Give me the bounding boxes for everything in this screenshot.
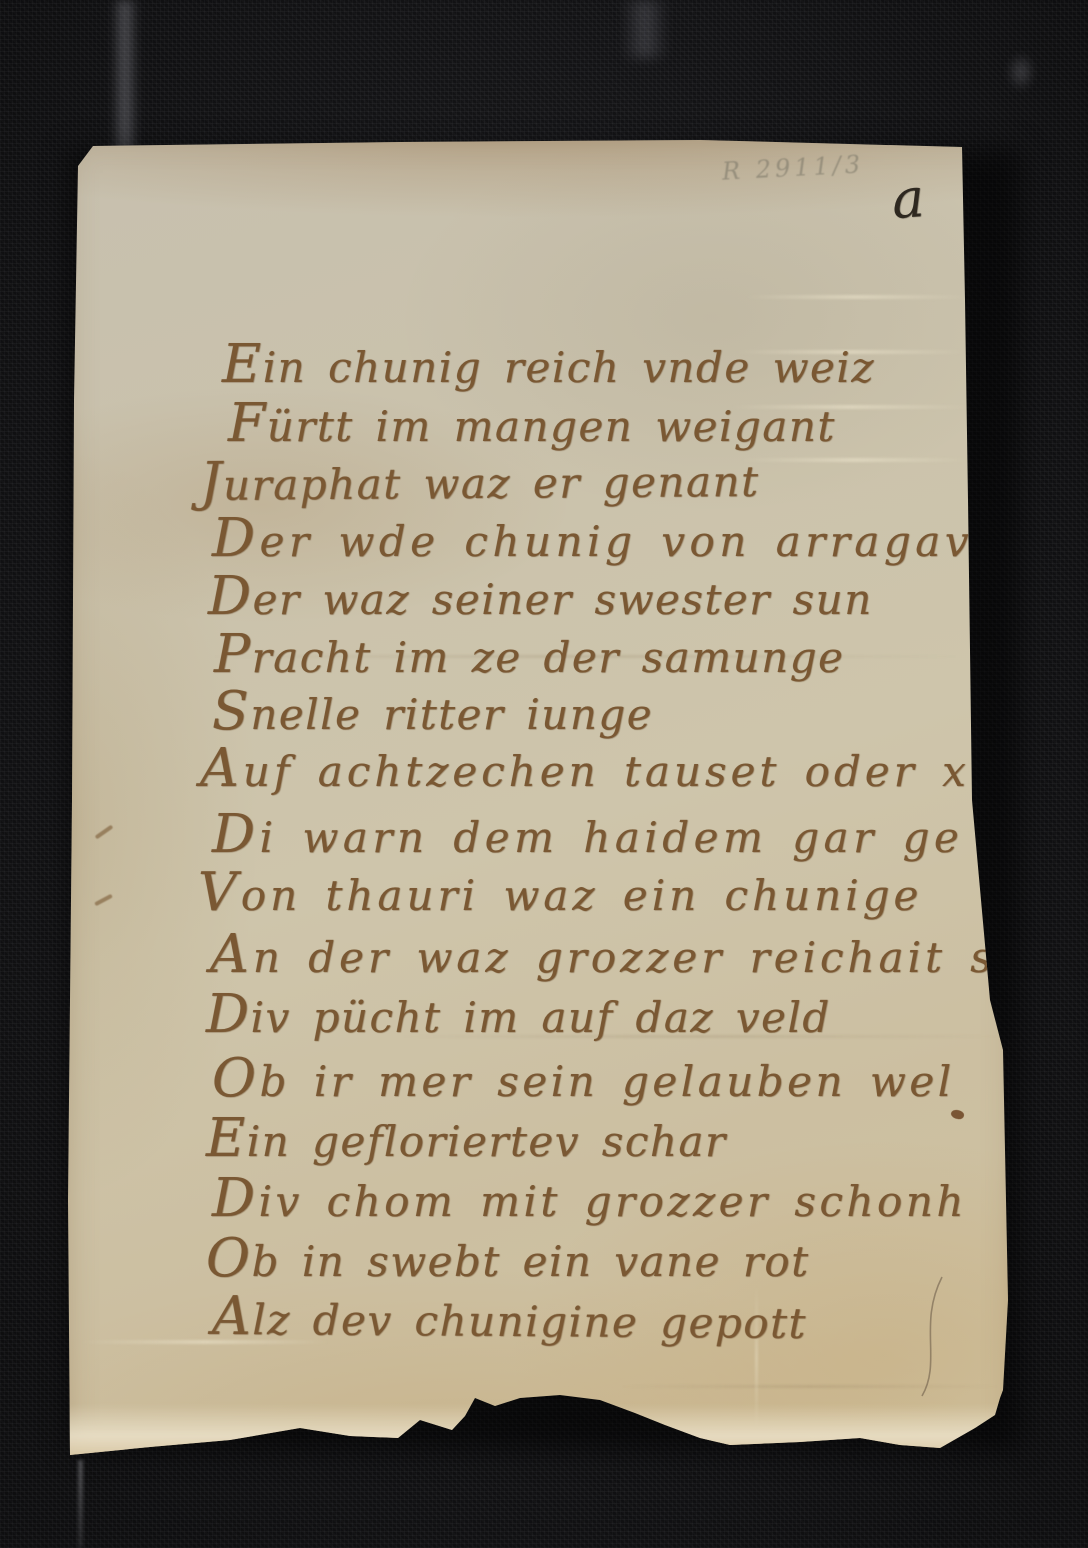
manuscript-line: Snelle ritter iunge — [212, 684, 653, 738]
manuscript-line: Fürtt im mangen weigant — [228, 396, 836, 450]
manuscript-line: Ein gefloriertev schar — [206, 1111, 727, 1165]
parchment-fragment: R 2911/3 a Ein chunig reich vnde weiz Fü… — [62, 132, 1018, 1462]
manuscript-line: Pracht im ze der samunge — [214, 627, 844, 681]
manuscript-line: Von thauri waz ein chunige — [198, 865, 922, 919]
fabric-fold — [112, 0, 138, 152]
fabric-thread — [78, 1460, 83, 1548]
manuscript-line: An der waz grozzer reichait s — [210, 927, 996, 981]
manuscript-line: Ein chunig reich vnde weiz — [222, 337, 875, 391]
manuscript-line: Auf achtzechen tauset oder x — [200, 741, 970, 795]
manuscript-line: Der wde chunig von arragav — [212, 511, 973, 565]
manuscript-line: Alz dev chunigine gepott — [212, 1289, 807, 1347]
manuscript-line: Der waz seiner swester sun — [208, 569, 873, 623]
manuscript-photograph: R 2911/3 a Ein chunig reich vnde weiz Fü… — [0, 0, 1088, 1548]
fabric-fold — [622, 0, 668, 58]
manuscript-line: Ob ir mer sein gelauben wel — [212, 1051, 955, 1105]
fabric-fold — [1006, 52, 1036, 92]
manuscript-line: Div pücht im auf daz veld — [206, 987, 831, 1041]
text-block: Ein chunig reich vnde weiz Fürtt im mang… — [62, 132, 1018, 1462]
manuscript-line: Div chom mit grozzer schonh — [212, 1171, 967, 1225]
manuscript-line: Ob in swebt ein vane rot — [206, 1231, 810, 1285]
manuscript-line: Di warn dem haidem gar ge — [212, 807, 963, 861]
manuscript-line: Juraphat waz er genant — [200, 451, 760, 509]
